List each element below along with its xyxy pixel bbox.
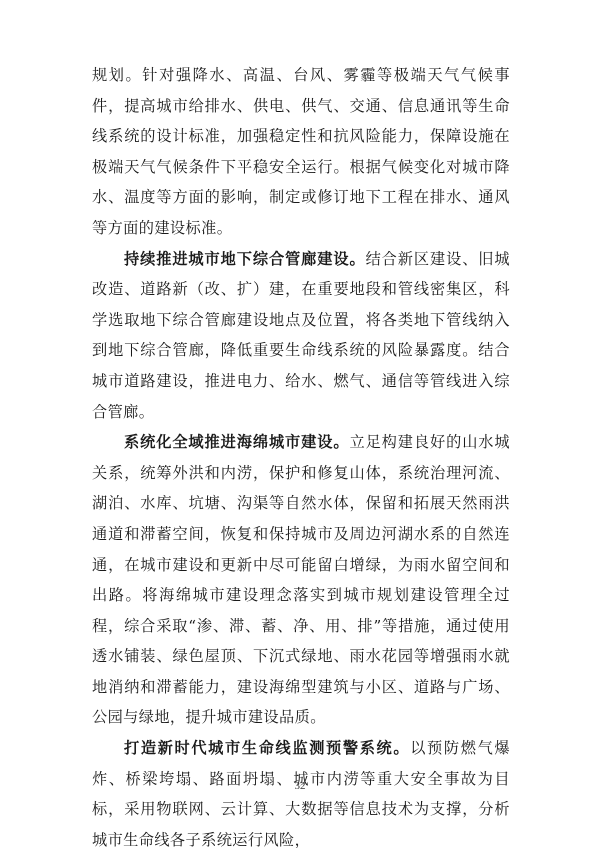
paragraph-sponge-city: 系统化全域推进海绵城市建设。立足构建良好的山水城关系，统筹外洪和内涝，保护和修复…: [92, 427, 510, 733]
paragraph-text: 立足构建良好的山水城关系，统筹外洪和内涝，保护和修复山体，系统治理河流、湖泊、水…: [92, 433, 510, 726]
paragraph-utility-tunnel: 持续推进城市地下综合管廊建设。结合新区建设、旧城改造、道路新（改、扩）建，在重要…: [92, 244, 510, 428]
paragraph-text: 结合新区建设、旧城改造、道路新（改、扩）建，在重要地段和管线密集区，科学选取地下…: [92, 250, 510, 421]
paragraph-text: 规划。针对强降水、高温、台风、雾霾等极端天气气候事件，提高城市给排水、供电、供气…: [92, 66, 510, 237]
paragraph-lead: 系统化全域推进海绵城市建设。: [124, 433, 349, 451]
body-text: 规划。针对强降水、高温、台风、雾霾等极端天气气候事件，提高城市给排水、供电、供气…: [92, 60, 510, 848]
paragraph-lead: 打造新时代城市生命线监测预警系统。: [124, 739, 410, 757]
page-number: 32: [0, 780, 600, 792]
document-page: 规划。针对强降水、高温、台风、雾霾等极端天气气候事件，提高城市给排水、供电、供气…: [0, 0, 600, 848]
paragraph-lead: 持续推进城市地下综合管廊建设。: [124, 250, 366, 268]
paragraph-planning-standards: 规划。针对强降水、高温、台风、雾霾等极端天气气候事件，提高城市给排水、供电、供气…: [92, 60, 510, 244]
